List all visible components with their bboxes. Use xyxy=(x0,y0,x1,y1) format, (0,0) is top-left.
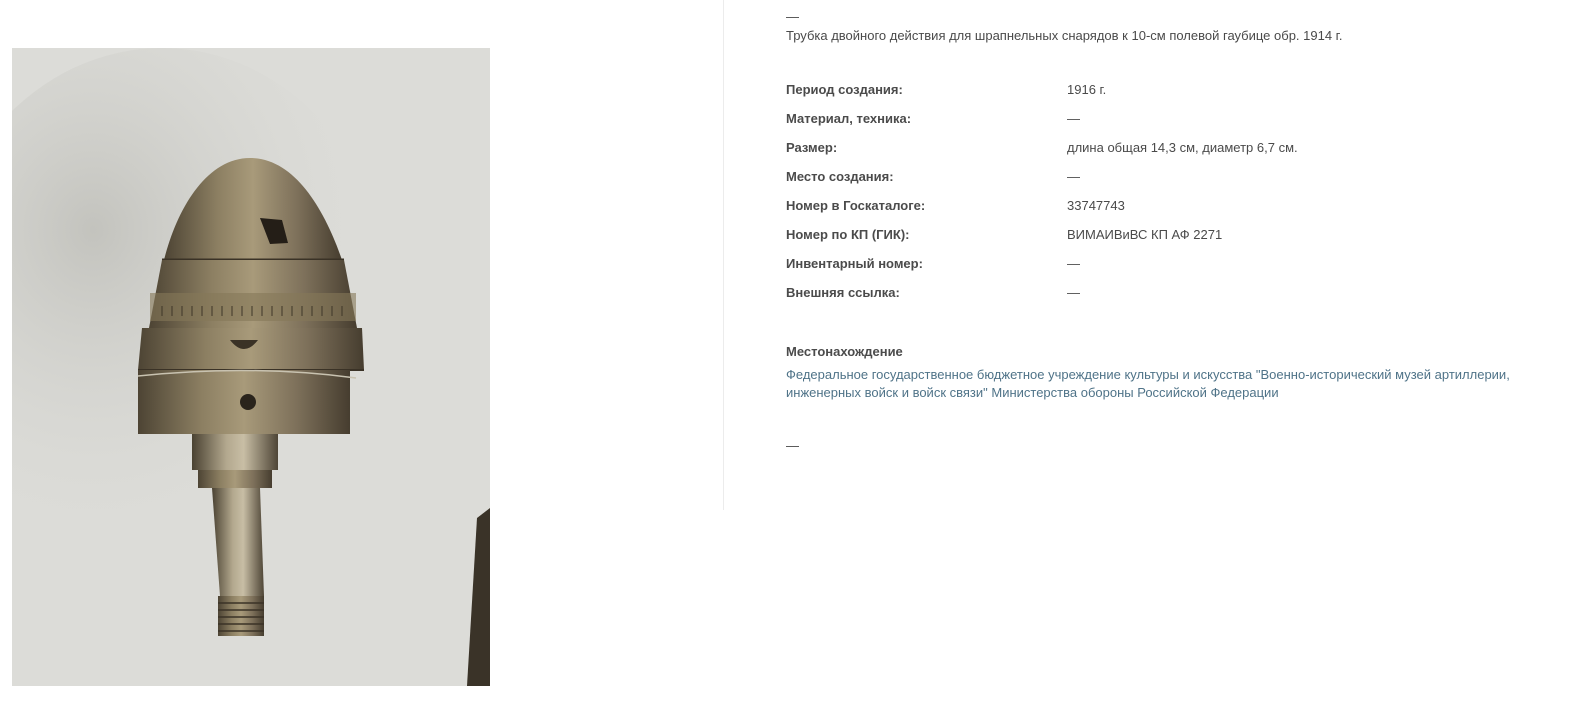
property-value: длина общая 14,3 см, диаметр 6,7 см. xyxy=(1067,140,1298,155)
property-value: — xyxy=(1067,169,1080,184)
object-photo[interactable] xyxy=(12,48,490,686)
property-label: Период создания: xyxy=(786,82,1067,97)
property-row-external-link: Внешняя ссылка: — xyxy=(786,285,1566,314)
property-label: Номер в Госкаталоге: xyxy=(786,198,1067,213)
author-placeholder: — xyxy=(786,9,799,24)
object-title: Трубка двойного действия для шрапнельных… xyxy=(786,28,1342,43)
property-row-period: Период создания: 1916 г. xyxy=(786,82,1566,111)
property-row-place: Место создания: — xyxy=(786,169,1566,198)
property-value: 1916 г. xyxy=(1067,82,1106,97)
properties-table: Период создания: 1916 г. Материал, техни… xyxy=(786,82,1566,314)
property-label: Размер: xyxy=(786,140,1067,155)
property-row-kp: Номер по КП (ГИК): ВИМАИВиВС КП АФ 2271 xyxy=(786,227,1566,256)
property-value: ВИМАИВиВС КП АФ 2271 xyxy=(1067,227,1222,242)
location-heading: Местонахождение xyxy=(786,344,903,359)
property-label: Материал, техника: xyxy=(786,111,1067,126)
fuze-image xyxy=(12,48,490,686)
property-value: — xyxy=(1067,256,1080,271)
property-value: — xyxy=(1067,285,1080,300)
column-divider xyxy=(723,0,724,510)
property-row-inventory: Инвентарный номер: — xyxy=(786,256,1566,285)
property-label: Место создания: xyxy=(786,169,1067,184)
property-value: 33747743 xyxy=(1067,198,1125,213)
museum-link[interactable]: Федеральное государственное бюджетное уч… xyxy=(786,366,1566,402)
property-value: — xyxy=(1067,111,1080,126)
property-label: Внешняя ссылка: xyxy=(786,285,1067,300)
property-row-material: Материал, техника: — xyxy=(786,111,1566,140)
property-row-goskatalog: Номер в Госкаталоге: 33747743 xyxy=(786,198,1566,227)
description-placeholder: — xyxy=(786,438,799,453)
property-row-size: Размер: длина общая 14,3 см, диаметр 6,7… xyxy=(786,140,1566,169)
property-label: Номер по КП (ГИК): xyxy=(786,227,1067,242)
property-label: Инвентарный номер: xyxy=(786,256,1067,271)
